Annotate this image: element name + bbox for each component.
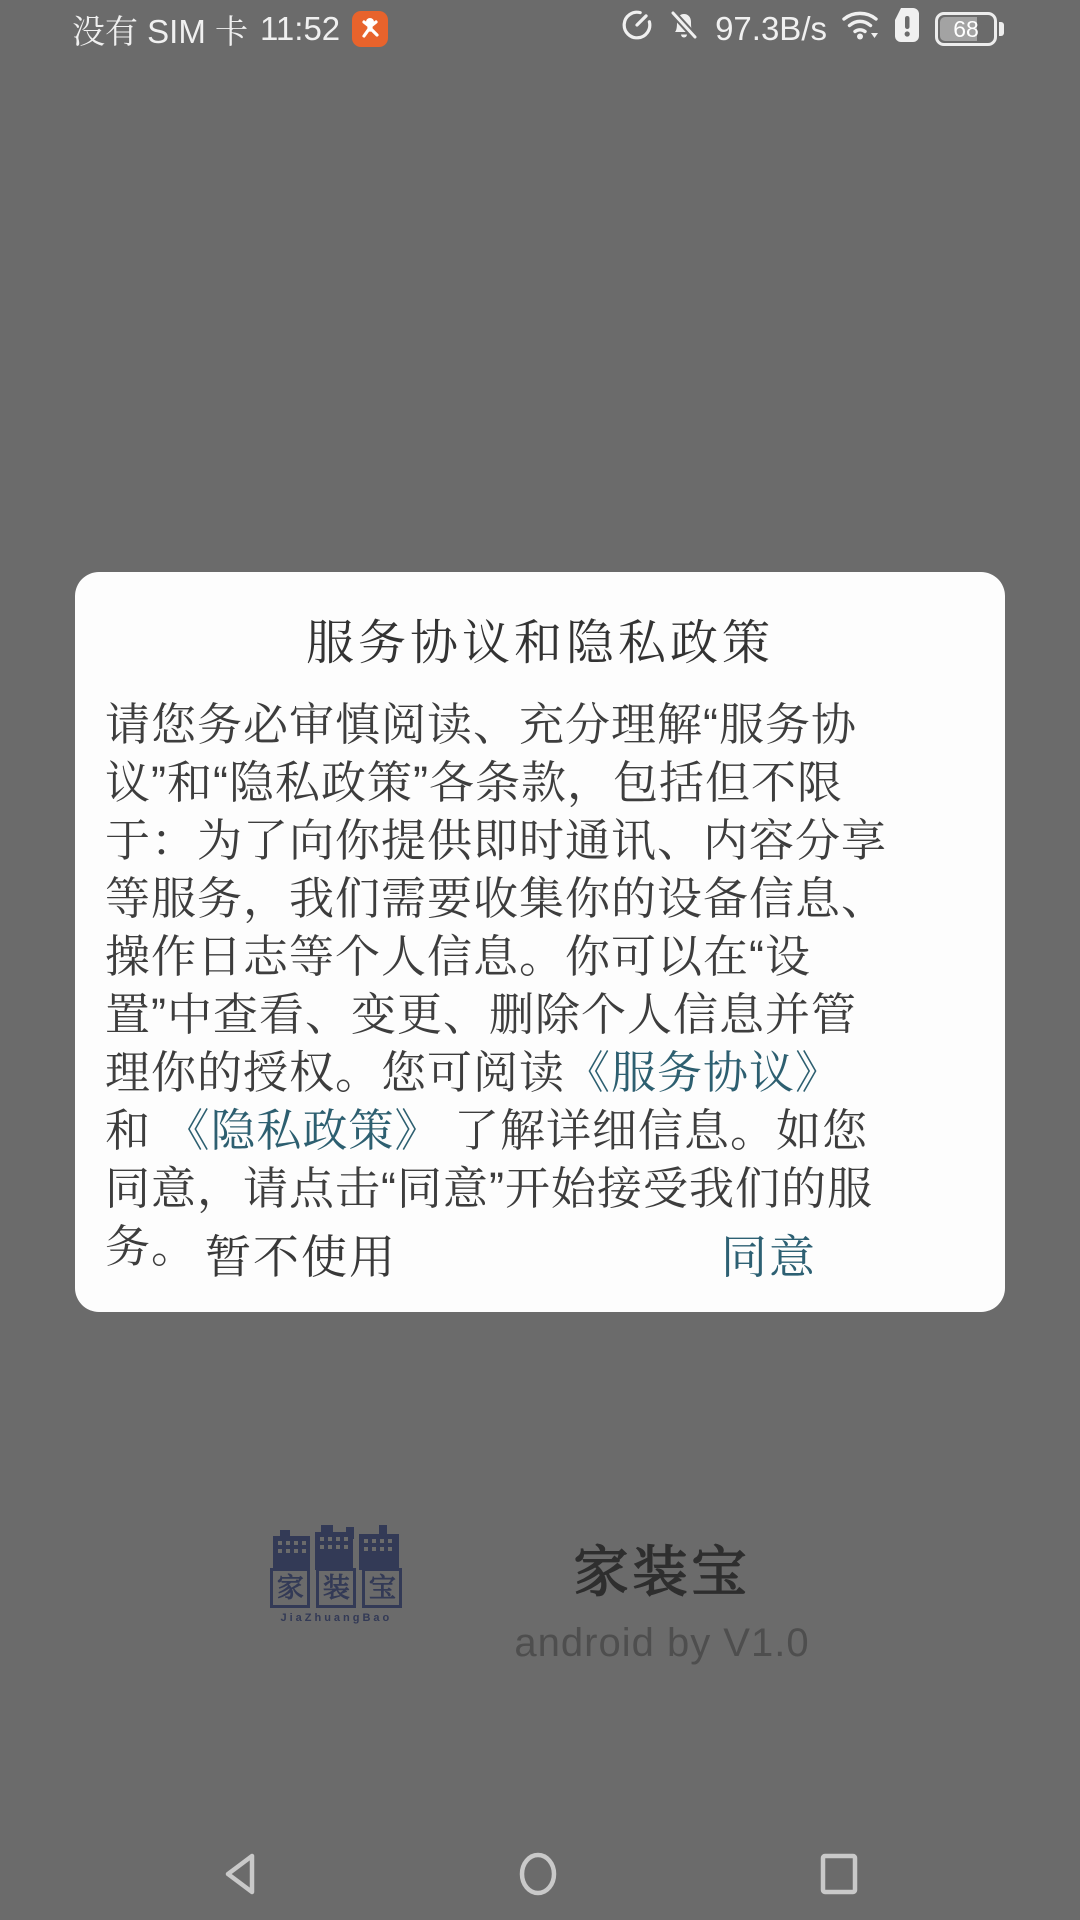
logo-character-boxes: 家 装 宝 [270,1568,402,1608]
privacy-policy-dialog: 服务协议和隐私政策 请您务必审慎阅读、充分理解“服务协议”和“隐私政策”各条款，… [75,572,1005,1312]
status-bar-right: 97.3B/s 68 [621,7,1004,51]
agree-button[interactable]: 同意 [721,1221,817,1287]
logo-char-3: 宝 [362,1568,402,1608]
battery-percent: 68 [953,18,979,41]
home-icon[interactable] [518,1851,558,1897]
logo-char-2: 装 [316,1568,356,1608]
back-icon[interactable] [222,1852,256,1896]
no-sim-label: 没有 SIM 卡 [72,6,248,53]
body-text-part2: 和 [105,1105,165,1156]
logo-skyline-icon [270,1522,402,1570]
battery-icon: 68 [935,12,1004,46]
dialog-actions: 暂不使用 同意 [205,1222,817,1286]
decline-button[interactable]: 暂不使用 [205,1221,397,1287]
android-screen: { "status_bar": { "no_sim_text": "没有 SIM… [0,0,1080,1920]
body-text-part1: 请您务必审慎阅读、充分理解“服务协议”和“隐私政策”各条款，包括但不限于：为了向… [105,699,887,1098]
dialog-body-text: 请您务必审慎阅读、充分理解“服务协议”和“隐私政策”各条款，包括但不限于：为了向… [105,696,899,1276]
service-agreement-link[interactable]: 《服务协议》 [565,1047,841,1098]
wifi-icon [841,9,879,49]
app-badge-person-icon [352,11,388,47]
app-version-label: android by V1.0 [514,1621,809,1666]
privacy-policy-link[interactable]: 《隐私政策》 [165,1105,441,1156]
notifications-muted-icon [667,8,701,50]
logo-pinyin-label: JiaZhuangBao [280,1612,392,1624]
brand-text: 家装宝 android by V1.0 [514,1522,809,1666]
clock: 11:52 [260,10,340,48]
network-speed-label: 97.3B/s [715,10,827,48]
branding-section: 家 装 宝 JiaZhuangBao 家装宝 android by V1.0 [0,1522,1080,1666]
recents-icon[interactable] [820,1853,858,1895]
app-logo: 家 装 宝 JiaZhuangBao [270,1522,402,1624]
status-bar-left: 没有 SIM 卡 11:52 [72,6,388,53]
status-bar: 没有 SIM 卡 11:52 97.3B/s [0,0,1080,58]
battery-tip [999,22,1004,36]
dialog-title: 服务协议和隐私政策 [75,604,1005,673]
logo-char-1: 家 [270,1568,310,1608]
sim-alert-icon [893,7,921,51]
android-nav-bar [0,1828,1080,1920]
app-name-label: 家装宝 [573,1528,750,1607]
data-saver-icon [621,9,653,49]
